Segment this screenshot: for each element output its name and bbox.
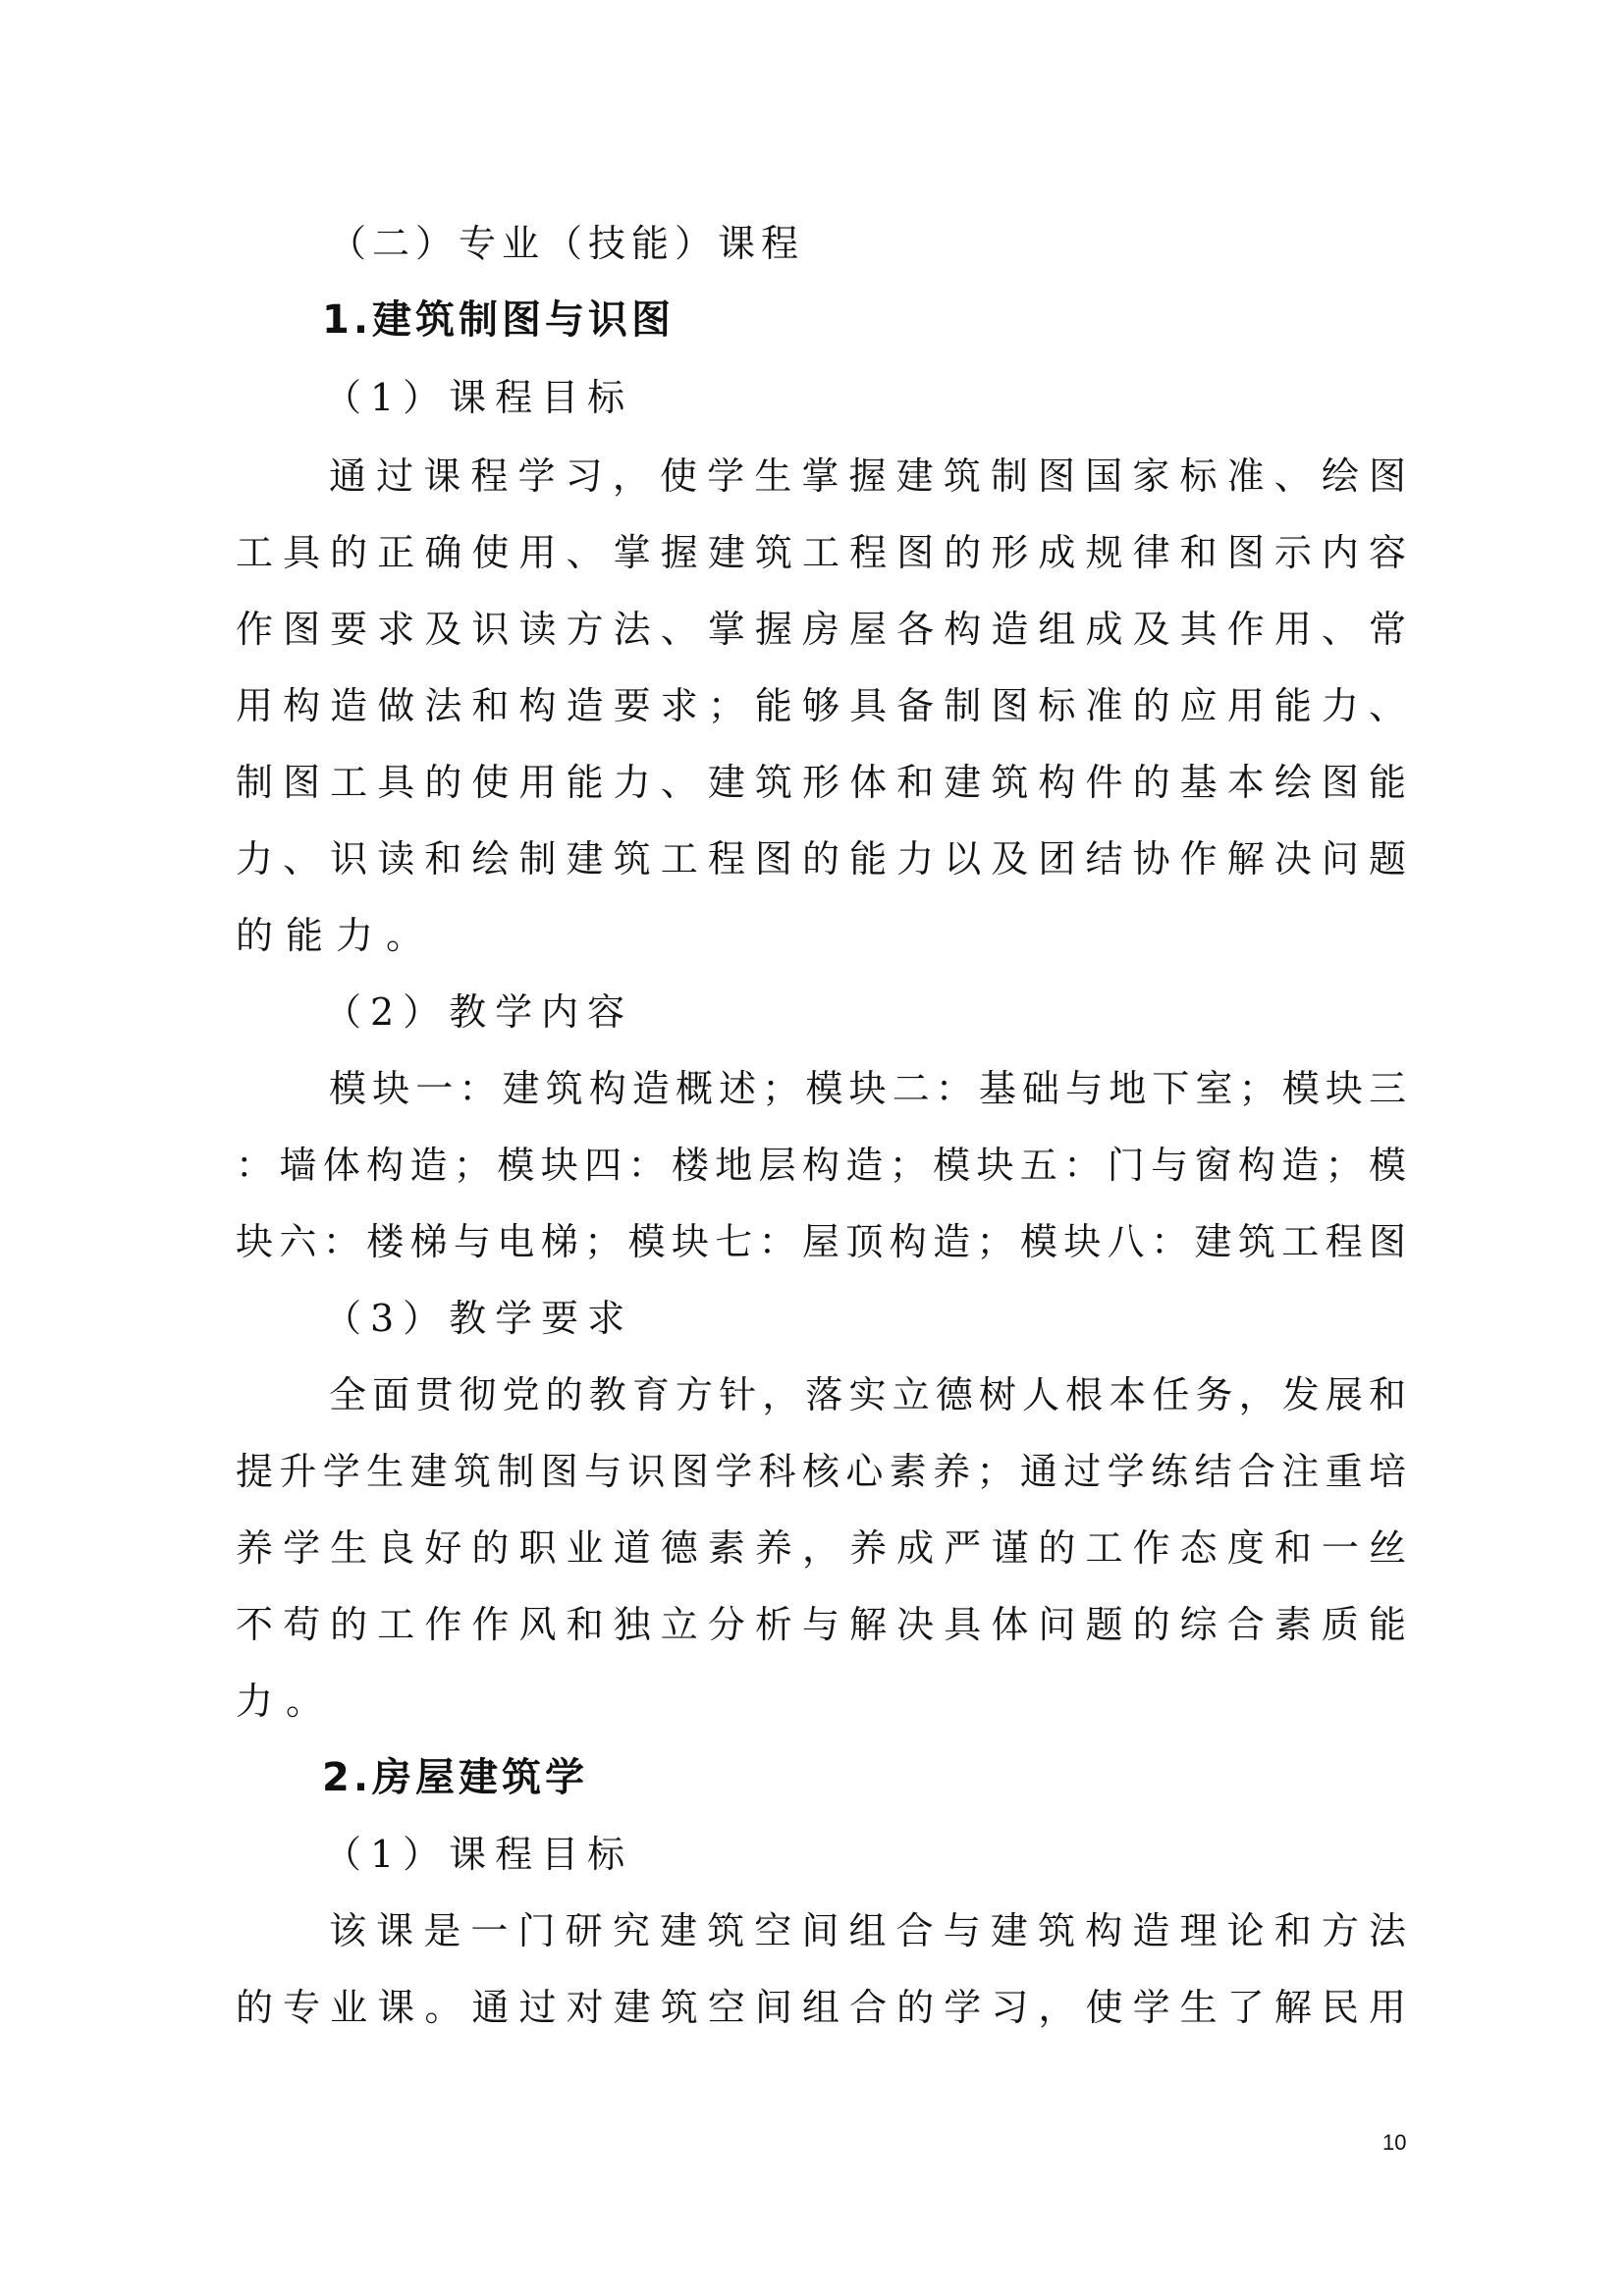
paragraph-line: 工具的正确使用、掌握建筑工程图的形成规律和图示内容	[236, 523, 1406, 582]
subsection-heading: （1）课程目标	[324, 368, 1502, 427]
paragraph-line: 作图要求及识读方法、掌握房屋各构造组成及其作用、常	[236, 600, 1406, 659]
paragraph-line: 制图工具的使用能力、建筑形体和建筑构件的基本绘图能	[236, 753, 1406, 812]
course-title: 2.房屋建筑学	[322, 1748, 1500, 1807]
paragraph-line: 不苟的工作作风和独立分析与解决具体问题的综合素质能	[236, 1595, 1406, 1654]
paragraph-line: 块六：楼梯与电梯；模块七：屋顶构造；模块八：建筑工程图	[236, 1212, 1406, 1271]
subsection-heading: （3）教学要求	[324, 1289, 1502, 1348]
paragraph-line: 力。	[236, 1672, 1414, 1731]
subsection-heading: （2）教学内容	[324, 983, 1502, 1041]
paragraph-line: 全面贯彻党的教育方针，落实立德树人根本任务，发展和	[329, 1365, 1406, 1424]
paragraph-line: 的能力。	[236, 906, 1414, 965]
paragraph-line: 通过课程学习，使学生掌握建筑制图国家标准、绘图	[329, 447, 1406, 506]
paragraph-line: 的专业课。通过对建筑空间组合的学习，使学生了解民用	[236, 1978, 1406, 2037]
paragraph-line: 该课是一门研究建筑空间组合与建筑构造理论和方法	[329, 1901, 1406, 1960]
paragraph-line: 提升学生建筑制图与识图学科核心素养；通过学练结合注重培	[236, 1442, 1406, 1501]
paragraph-line: 用构造做法和构造要求；能够具备制图标准的应用能力、	[236, 676, 1406, 735]
course-title: 1.建筑制图与识图	[322, 291, 1500, 349]
document-page: （二）专业（技能）课程 1.建筑制图与识图 （1）课程目标 通过课程学习，使学生…	[0, 0, 1624, 2296]
subsection-heading: （1）课程目标	[324, 1825, 1502, 1884]
paragraph-line: ：墙体构造；模块四：楼地层构造；模块五：门与窗构造；模	[236, 1136, 1406, 1195]
page-number: 10	[1382, 2130, 1406, 2156]
section-heading: （二）专业（技能）课程	[329, 214, 1507, 273]
paragraph-line: 养学生良好的职业道德素养，养成严谨的工作态度和一丝	[236, 1519, 1406, 1577]
paragraph-line: 力、识读和绘制建筑工程图的能力以及团结协作解决问题	[236, 829, 1406, 888]
paragraph-line: 模块一：建筑构造概述；模块二：基础与地下室；模块三	[329, 1059, 1406, 1118]
